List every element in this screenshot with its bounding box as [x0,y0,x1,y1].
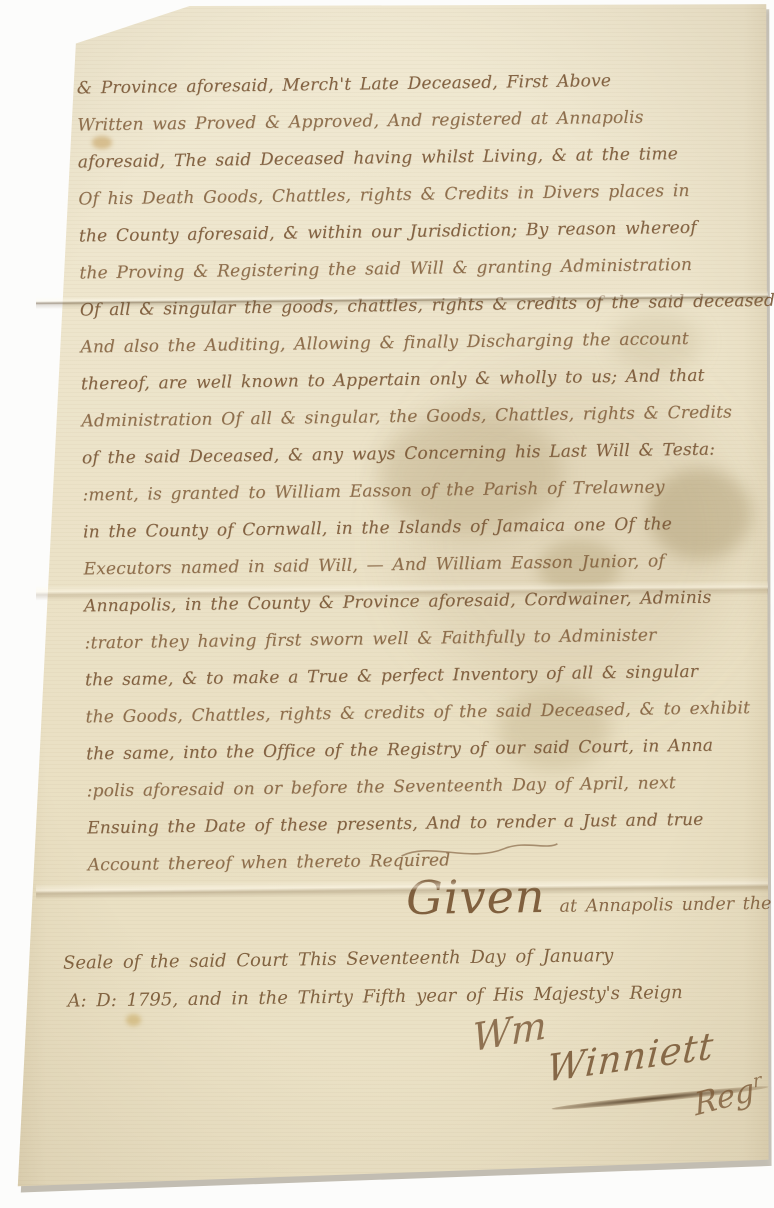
pen-flourish-icon [399,840,559,864]
given-rest-text: at Annapolis under the [559,894,771,917]
signature-title-base: Reg [692,1072,756,1124]
closing-given-line: Givenat Annapolis under the [406,867,772,924]
given-word: Given [406,869,546,925]
signature-title-superscript: r [752,1069,763,1092]
manuscript-text-layer: & Province aforesaid, Merch't Late Decea… [0,0,774,1208]
signature-initials: Wm [473,1004,547,1059]
closing-date-line: Seale of the said Court This Seventeenth… [63,941,614,979]
signature-title: Regr [692,1062,765,1123]
scan-background: & Province aforesaid, Merch't Late Decea… [0,0,774,1208]
manuscript-body: & Province aforesaid, Merch't Late Decea… [77,62,724,885]
closing-year-line: A: D: 1795, and in the Thirty Fifth year… [67,978,683,1017]
signature-surname: Winniett [546,1025,716,1091]
